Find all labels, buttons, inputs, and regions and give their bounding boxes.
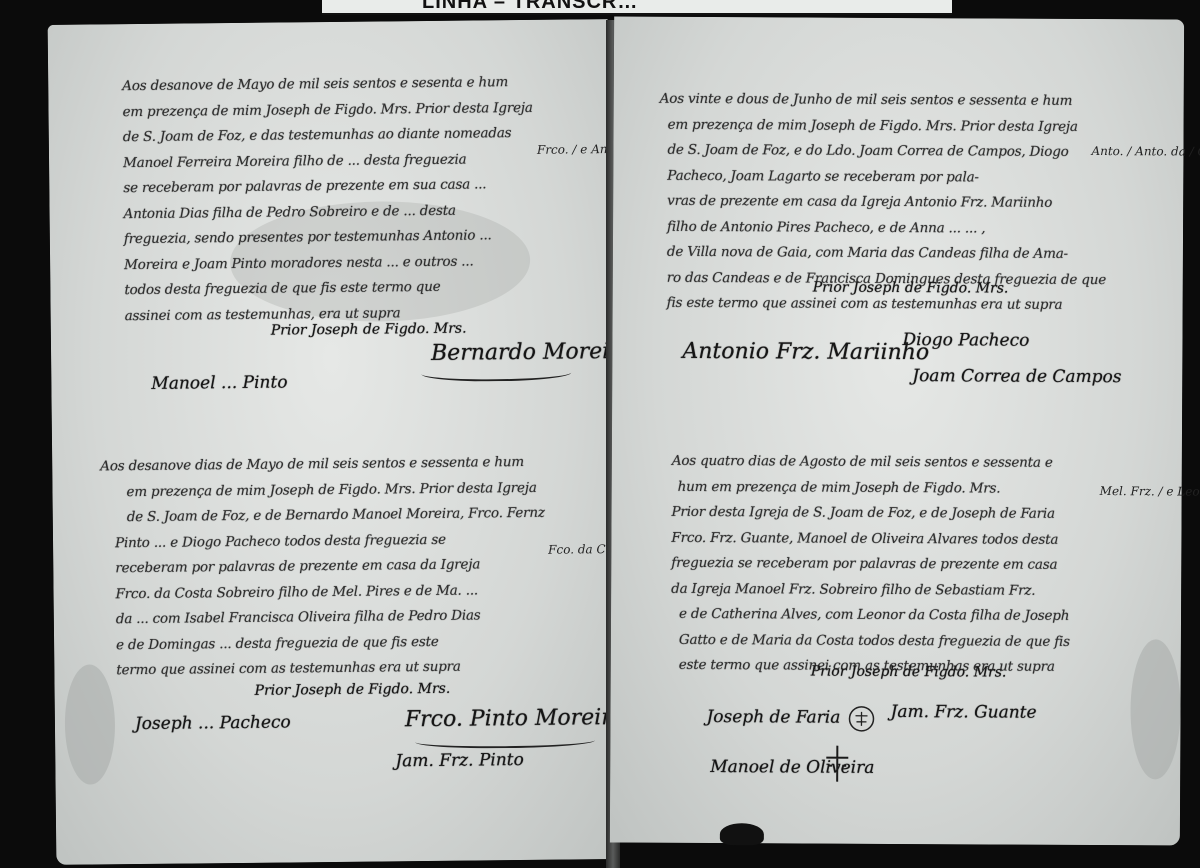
entry-line: e de Catherina Alves, com Leonor da Cost… [671, 602, 1070, 630]
entry-line: Prior desta Igreja de S. Joam de Foz, e … [672, 500, 1071, 528]
witness-signature: Joseph ... Pacheco [135, 712, 291, 734]
entry-line: termo que assinei com as testemunhas era… [102, 654, 546, 684]
left-page: Aos desanove de Mayo de mil seis sentos … [48, 19, 617, 865]
water-stain [1130, 639, 1181, 779]
archive-label-text: LINHA – TRANSCR… [422, 0, 638, 14]
page-damage [720, 823, 764, 845]
archive-label-strip: LINHA – TRANSCR… [322, 0, 952, 15]
prior-signature: Prior Joseph de Figdo. Mrs. [811, 664, 1007, 681]
notary-seal-icon [846, 704, 876, 734]
witness-signature: Antonio Frz. Mariinho [682, 339, 929, 365]
entry-line: Frco. Frz. Guante, Manoel de Oliveira Al… [671, 525, 1070, 553]
prior-signature: Prior Joseph de Figdo. Mrs. [255, 681, 451, 699]
register-entry-4: Aos quatro dias de Agosto de mil seis se… [671, 449, 1071, 681]
prior-signature: Prior Joseph de Figdo. Mrs. [271, 321, 467, 339]
signature-flourish [421, 364, 571, 382]
witness-signature: Jam. Frz. Pinto [395, 750, 524, 771]
entry-line: Aos quatro dias de Agosto de mil seis se… [672, 449, 1071, 477]
witness-signature: Bernardo Moreira [431, 339, 633, 366]
register-entry-2: Aos desanove dias de Mayo de mil seis se… [100, 450, 546, 684]
witness-signature: Joam Correa de Campos [912, 366, 1121, 387]
witness-signature: Frco. Pinto Moreira [405, 705, 625, 732]
witness-signature: Diogo Pacheco [902, 330, 1029, 351]
entry-line: da Igreja Manoel Frz. Sobreiro filho de … [671, 576, 1070, 604]
margin-note: Mel. Frz. / e Leonor da / Costa [1100, 481, 1200, 502]
entry-line: filho de Antonio Pires Pacheco, e de Ann… [659, 214, 1106, 242]
entry-line: freguezia se receberam por palavras de p… [671, 551, 1070, 579]
entry-line: Aos vinte e dous de Junho de mil seis se… [660, 87, 1107, 115]
entry-line: em prezença de mim Joseph de Figdo. Mrs.… [660, 112, 1107, 140]
entry-line: Pacheco, Joam Lagarto se receberam por p… [659, 163, 1106, 191]
entry-line: vras de prezente em casa da Igreja Anton… [659, 189, 1106, 217]
entry-line: Gatto e de Maria da Costa todos desta fr… [671, 627, 1070, 655]
register-entry-1: Aos desanove de Mayo de mil seis sentos … [122, 70, 535, 329]
witness-signature: Jam. Frz. Guante [890, 702, 1036, 723]
entry-line: de S. Joam de Foz, e do Ldo. Joam Correa… [659, 138, 1106, 166]
entry-line: hum em prezença de mim Joseph de Figdo. … [672, 474, 1071, 502]
entry-line: de Villa nova de Gaia, com Maria das Can… [659, 240, 1106, 268]
cross-mark-icon [822, 744, 852, 784]
margin-note: Anto. / Anto. da / Candeas [1091, 141, 1200, 162]
prior-signature: Prior Joseph de Figdo. Mrs. [813, 280, 1009, 297]
witness-signature: Manoel ... Pinto [151, 372, 287, 393]
witness-signature: Joseph de Faria [706, 707, 840, 728]
right-page: Aos vinte e dous de Junho de mil seis se… [610, 17, 1184, 846]
signature-flourish [415, 733, 595, 749]
